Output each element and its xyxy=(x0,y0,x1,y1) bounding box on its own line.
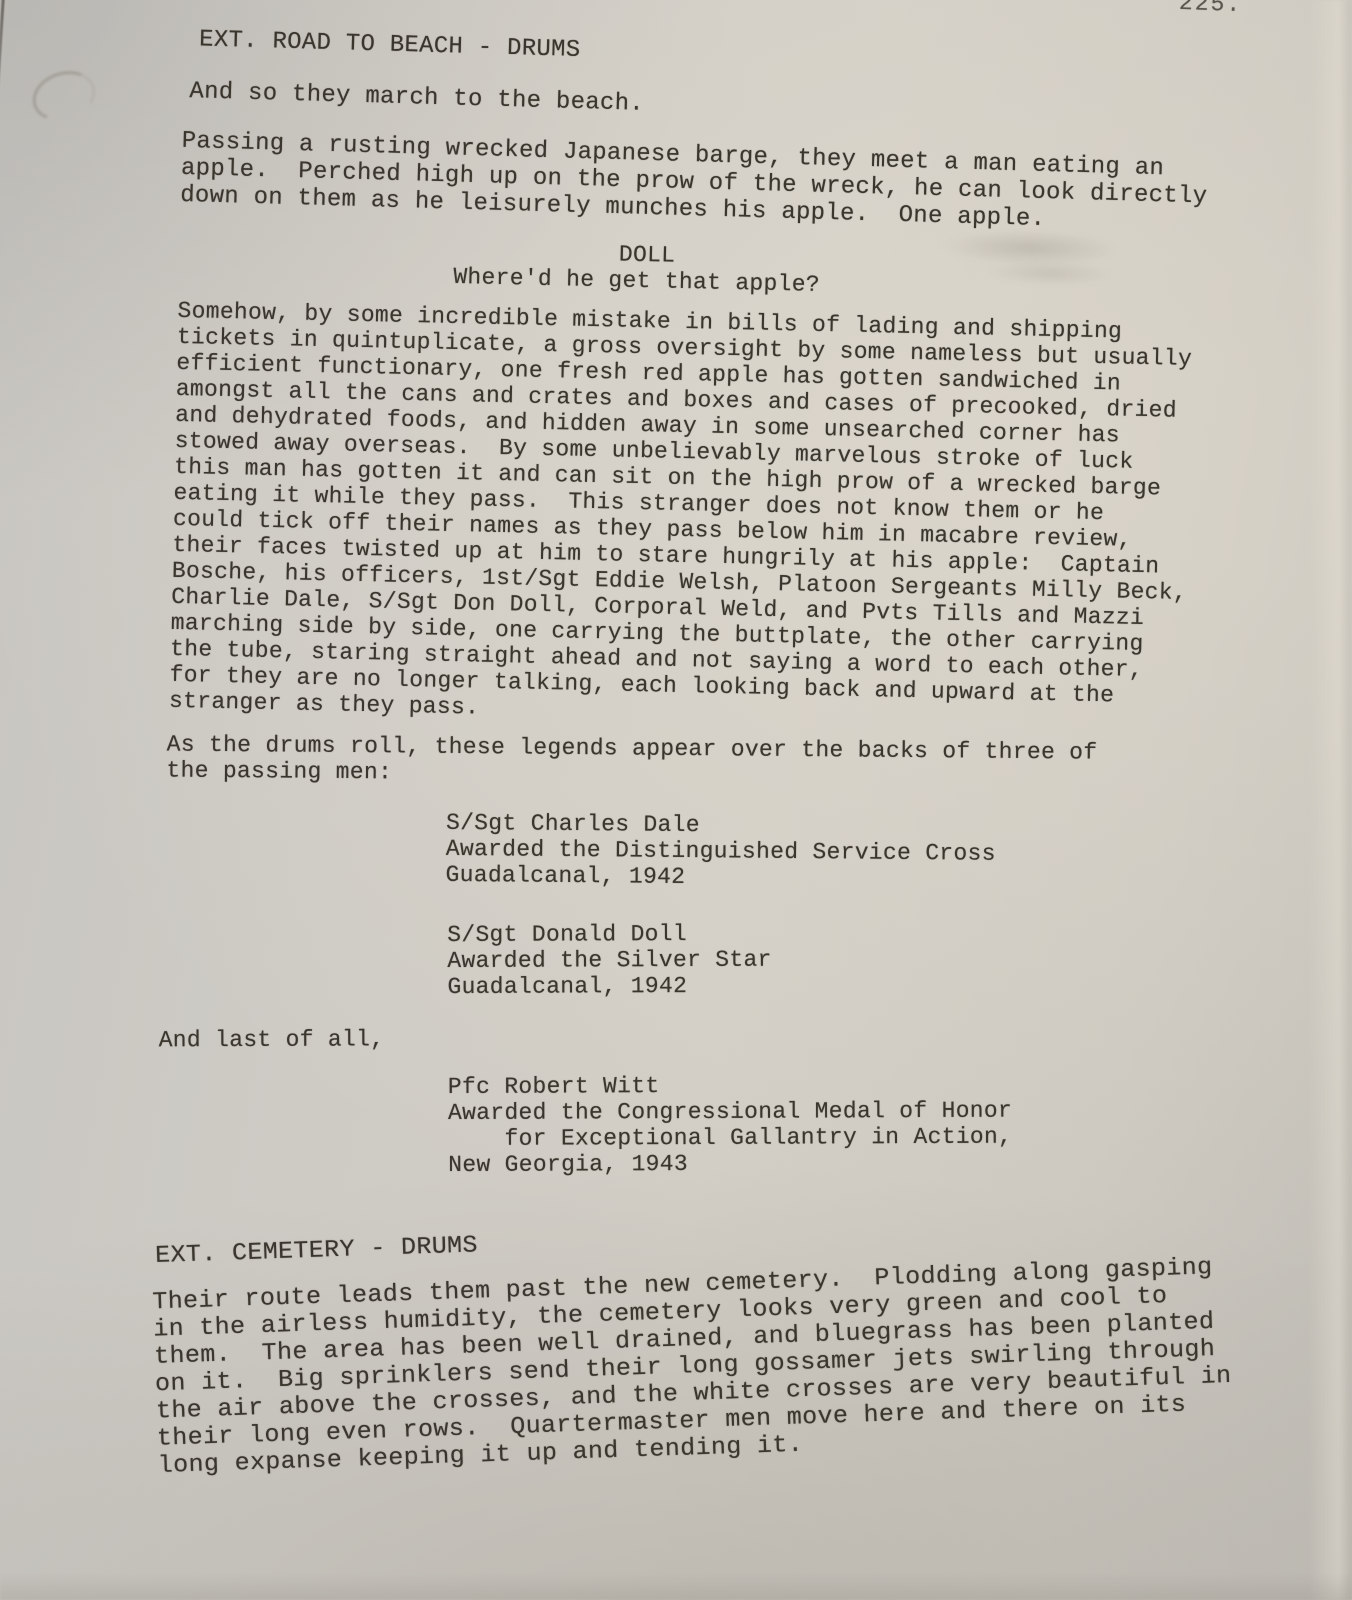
text-line: Awarded the Congressional Medal of Honor xyxy=(448,1096,1352,1126)
doll-dialogue-section: DOLL Where'd he get that apple? Somehow,… xyxy=(0,196,1352,739)
scene-cemetery-section: EXT. CEMETERY - DRUMS Their route leads … xyxy=(0,1131,1352,1484)
action-legends-intro: As the drums roll, these legends appear … xyxy=(0,730,1352,794)
legends-intro-section: As the drums roll, these legends appear … xyxy=(0,710,1352,896)
page-bottom-edge-shading xyxy=(0,1574,1352,1600)
action-apple-paragraph: Somehow, by some incredible mistake in b… xyxy=(0,294,1350,739)
script-page-photo: 225. EXT. ROAD TO BEACH - DRUMS And so t… xyxy=(0,0,1352,1600)
legend-donald-doll: S/Sgt Donald DollAwarded the Silver Star… xyxy=(0,918,1352,1002)
text-line: S/Sgt Donald Doll xyxy=(447,918,1352,948)
scene-heading-road-to-beach: EXT. ROAD TO BEACH - DRUMS xyxy=(0,20,1352,86)
page-number: 225. xyxy=(1178,0,1242,18)
text-line: Guadalcanal, 1942 xyxy=(447,970,1352,1000)
text-line: Pfc Robert Witt xyxy=(448,1070,1352,1100)
action-cemetery-paragraph: Their route leads them past the new ceme… xyxy=(4,1244,1352,1484)
action-last-of-all-line: And last of all, xyxy=(1,1022,1352,1054)
legends-continued-section: S/Sgt Donald DollAwarded the Silver Star… xyxy=(0,878,1352,1180)
text-line: Awarded the Silver Star xyxy=(447,944,1352,974)
